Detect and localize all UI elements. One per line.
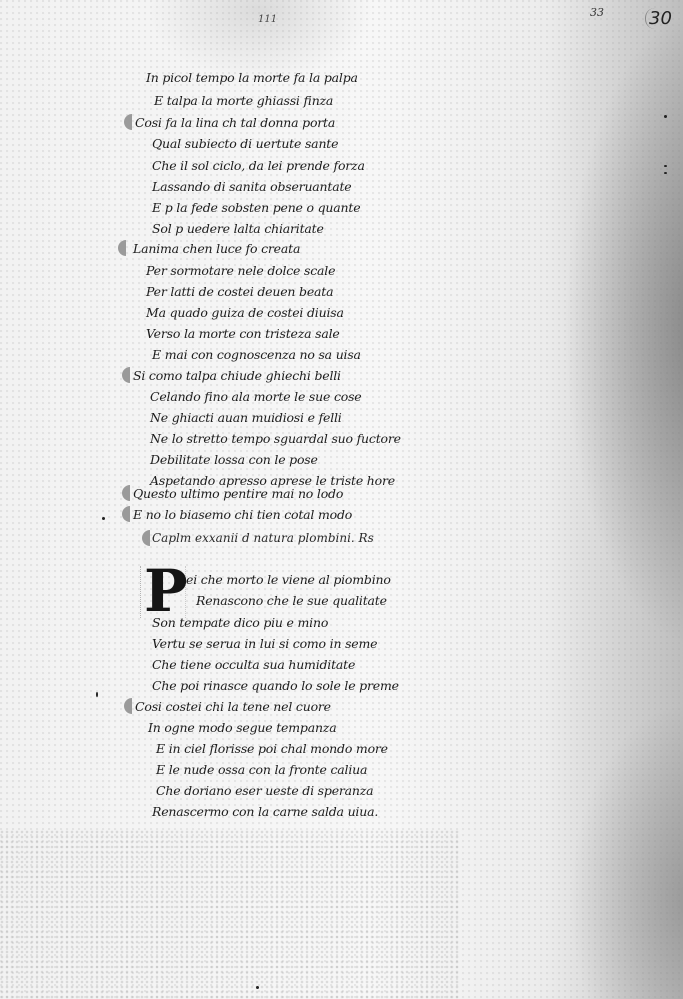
verse-line: Ma quado guiza de costei diuisa	[146, 305, 344, 320]
paragraph-mark	[118, 240, 126, 256]
paragraph-mark	[122, 485, 130, 501]
verse-line: Che doriano eser ueste di speranza	[156, 783, 373, 798]
decorated-initial-p: P	[144, 562, 182, 620]
verse-line: Renascermo con la carne salda uiua.	[152, 804, 378, 819]
verse-line: Son tempate dico piu e mino	[152, 615, 328, 630]
verse-line: E le nude ossa con la fronte caliua	[156, 762, 367, 777]
verse-line: In ogne modo segue tempanza	[148, 720, 336, 735]
verse-line: Si como talpa chiude ghiechi belli	[133, 368, 341, 383]
verse-line: Qual subiecto di uertute sante	[152, 136, 338, 151]
verse-line: E in ciel florisse poi chal mondo more	[156, 741, 388, 756]
verse-line: Renascono che le sue qualitate	[196, 593, 387, 608]
verse-line: In picol tempo la morte fa la palpa	[146, 70, 358, 85]
verse-line: Cosi fa la lina ch tal donna porta	[135, 115, 335, 130]
verse-line: E talpa la morte ghiassi finza	[154, 93, 333, 108]
rubric-mark	[142, 530, 150, 546]
folio-mark-small: 33	[590, 6, 604, 19]
verse-line: Ne lo stretto tempo sguardal suo fuctore	[150, 431, 401, 446]
verse-line: Che tiene occulta sua humiditate	[152, 657, 355, 672]
verse-line: Verso la morte con tristeza sale	[146, 326, 340, 341]
verse-line: ei che morto le viene al piombino	[186, 572, 391, 587]
parchment-grain	[0, 830, 460, 999]
verse-line: Che il sol ciclo, da lei prende forza	[152, 158, 365, 173]
folio-number: 30	[645, 8, 672, 29]
verse-line: Sol p uedere lalta chiaritate	[152, 221, 324, 236]
verse-line: Per latti de costei deuen beata	[146, 284, 333, 299]
verse-line: E no lo biasemo chi tien cotal modo	[133, 507, 352, 522]
verse-line: Celando fino ala morte le sue cose	[150, 389, 362, 404]
verse-line: E p la fede sobsten pene o quante	[152, 200, 360, 215]
verse-line: E mai con cognoscenza no sa uisa	[152, 347, 361, 362]
verse-line: Lassando di sanita obseruantate	[152, 179, 352, 194]
verse-line: Ne ghiacti auan muidiosi e felli	[150, 410, 342, 425]
margin-dot	[664, 115, 667, 118]
margin-dot	[664, 165, 667, 167]
verse-line: Questo ultimo pentire mai no lodo	[133, 486, 343, 501]
verse-line: Vertu se serua in lui si como in seme	[152, 636, 377, 651]
manuscript-page: 111 33 30 In picol tempo la morte fa la …	[0, 0, 683, 999]
folio-mark-top: 111	[258, 14, 277, 25]
margin-dot	[102, 517, 105, 520]
verse-line: Cosi costei chi la tene nel cuore	[135, 699, 331, 714]
paragraph-mark	[124, 114, 132, 130]
verse-line: Che poi rinasce quando lo sole le preme	[152, 678, 399, 693]
paragraph-mark	[122, 367, 130, 383]
margin-dot	[664, 172, 667, 174]
verse-line: Debilitate lossa con le pose	[150, 452, 318, 467]
verse-line: Lanima chen luce fo creata	[133, 241, 300, 256]
paragraph-mark	[122, 506, 130, 522]
parchment-spot	[256, 986, 259, 989]
chapter-heading: Caplm exxanii d natura plombini. Rs	[152, 531, 374, 545]
paragraph-mark	[124, 698, 132, 714]
verse-line: Per sormotare nele dolce scale	[146, 263, 335, 278]
margin-mark	[96, 692, 98, 697]
